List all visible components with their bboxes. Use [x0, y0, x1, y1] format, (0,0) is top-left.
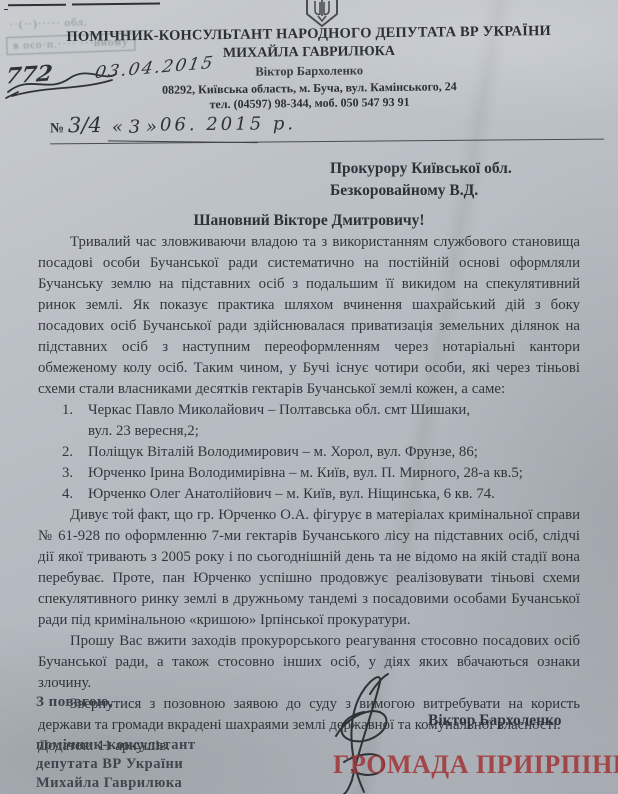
list-item-text: Поліщук Віталій Володимирович – м. Хорол…	[88, 442, 478, 463]
list-item-text: Юрченко Олег Анатолійович – м. Київ, вул…	[88, 484, 495, 505]
ref-day-handwritten: « 3 »	[112, 116, 157, 137]
list-item-number: 1.	[62, 400, 88, 442]
paragraph-2: Дивує той факт, що гр. Юрченко О.А. фігу…	[38, 505, 580, 631]
watermark-text: ГРОМАДА ПРИІРПІННЯ	[333, 750, 618, 780]
list-item-text: Юрченко Ірина Володимирівна – м. Київ, в…	[88, 463, 523, 484]
ref-no-label: №	[50, 121, 64, 137]
signer-position-line3: Михайла Гаврилюка	[36, 774, 195, 793]
scanned-letter-page: ··(··)····· обл. в осо·п.···· ···йному 7…	[0, 0, 618, 794]
list-item-number: 3.	[62, 463, 88, 484]
ref-date-handwritten: 06. 2015 р.	[160, 113, 296, 135]
ref-no-value-handwritten: 3/4	[68, 113, 102, 137]
signer-name: Віктор Бархоленко	[428, 712, 562, 730]
closing-phrase: З повагою,	[36, 694, 113, 711]
list-item-text: Черкас Павло Миколайович – Полтавська об…	[88, 400, 470, 442]
list-item-number: 2.	[62, 442, 88, 463]
list-item-number: 4.	[62, 484, 88, 505]
ref-underline	[108, 140, 258, 143]
addressee-block: Прокурору Київської обл. Безкоровайному …	[330, 158, 618, 202]
salutation: Шановний Вікторе Дмитровичу!	[0, 212, 618, 230]
owners-list: 1. Черкас Павло Миколайович – Полтавська…	[38, 400, 580, 505]
addressee-line2: Безкоровайному В.Д.	[330, 180, 618, 202]
list-item: 2. Поліщук Віталій Володимирович – м. Хо…	[62, 442, 580, 463]
addressee-line1: Прокурору Київської обл.	[330, 158, 618, 180]
list-item: 3. Юрченко Ірина Володимирівна – м. Київ…	[62, 463, 580, 484]
reference-line: № 3/4 « 3 » 06. 2015 р.	[50, 113, 604, 145]
list-item: 1. Черкас Павло Миколайович – Полтавська…	[62, 400, 580, 442]
signer-position-line1: помічник-консультант	[36, 736, 195, 755]
paragraph-1: Тривалий час зловживаючи владою та з вик…	[38, 232, 580, 400]
letterhead: ПОМІЧНИК-КОНСУЛЬТАНТ НАРОДНОГО ДЕПУТАТА …	[0, 0, 618, 115]
list-item: 4. Юрченко Олег Анатолійович – м. Київ, …	[62, 484, 580, 505]
signer-position-block: помічник-консультант депутата ВР України…	[36, 736, 195, 793]
signer-position-line2: депутата ВР України	[36, 755, 195, 774]
